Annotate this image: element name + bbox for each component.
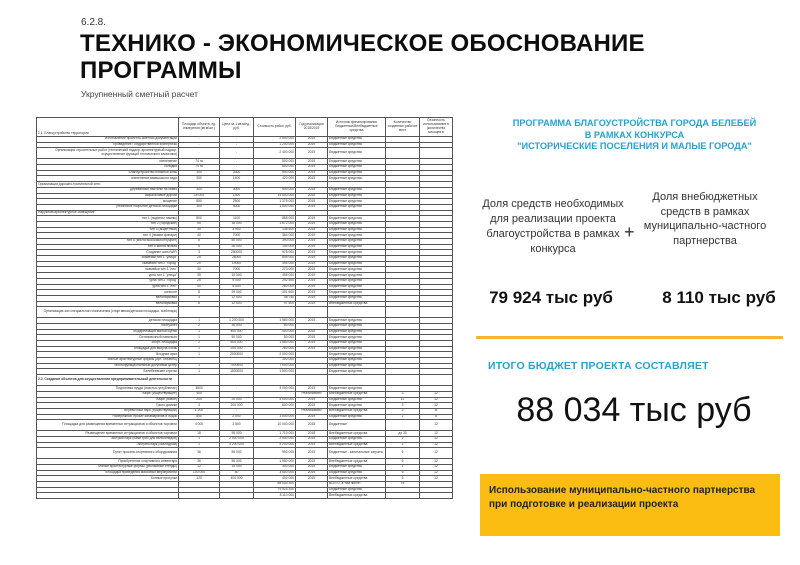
table-cell: Пункт проката спортивного оборудования	[37, 448, 179, 459]
column-header: Количество созданных рабочих мест	[386, 118, 420, 137]
table-cell: -	[179, 148, 220, 159]
table-cell	[220, 375, 254, 386]
table-row: 8 110 000Внебюджетные средства	[37, 493, 453, 499]
table-cell: Бюджетные средства	[328, 148, 386, 159]
table-cell	[220, 493, 254, 499]
program-heading-line: ПРОГРАММА БЛАГОУСТРОЙСТВА ГОРОДА БЕЛЕБЕЙ	[482, 118, 787, 130]
table-cell: Организация строительных работ (техничес…	[37, 148, 179, 159]
table-cell: 2019	[296, 148, 328, 159]
divider	[476, 336, 783, 339]
program-heading: ПРОГРАММА БЛАГОУСТРОЙСТВА ГОРОДА БЕЛЕБЕЙ…	[482, 118, 787, 153]
table-cell	[386, 307, 420, 318]
column-header: Стоимость работ, руб.	[254, 118, 296, 137]
page-title: ТЕХНИКО - ЭКОНОМИЧЕСКОЕ ОБОСНОВАНИЕ ПРОГ…	[80, 30, 700, 84]
plus-icon: +	[624, 222, 635, 243]
extrabudget-amount: 8 110 тыс руб	[648, 288, 790, 308]
column-header: 2.1. Благоустройство территории	[37, 118, 179, 137]
table-cell	[420, 307, 453, 318]
column-header: Цена за 1 кв.м/ед., руб.	[220, 118, 254, 137]
table-cell: 2 400 000	[254, 148, 296, 159]
table-cell	[179, 493, 220, 499]
table-cell: -	[220, 148, 254, 159]
table-cell	[179, 375, 220, 386]
table-body: Изготовление проектно-сметной документац…	[37, 137, 453, 499]
table-cell: 8 110 000	[254, 493, 296, 499]
table-cell	[296, 307, 328, 318]
table-cell	[254, 307, 296, 318]
table-cell	[179, 307, 220, 318]
section-number: 6.2.8.	[81, 17, 106, 28]
estimate-table: 2.1. Благоустройство территорииПлощадь о…	[36, 117, 453, 499]
note-box: Использование муниципально-частного парт…	[480, 474, 780, 536]
table-cell	[386, 375, 420, 386]
budget-amount: 79 924 тыс руб	[472, 288, 630, 308]
column-header: Площадь объекта, ед. измерения (кв.м/шт.…	[179, 118, 220, 137]
table-cell: Бюджетные	[328, 420, 386, 431]
table-row: 2.2. Создание объектов для осуществления…	[37, 375, 453, 386]
budget-share-label: Доля средств необходимых для реализации …	[478, 197, 628, 257]
column-header: Источник финансирования Бюджетные/Внебюд…	[328, 118, 386, 137]
table-cell	[386, 420, 420, 431]
table-cell: 10 000 000	[254, 420, 296, 431]
page-subtitle: Укрупненный сметный расчет	[81, 89, 198, 99]
table-cell: 2019	[296, 448, 328, 459]
table-cell	[254, 375, 296, 386]
table-cell	[37, 493, 179, 499]
program-heading-line: В РАМКАХ КОНКУРСА	[482, 130, 787, 142]
total-heading: ИТОГО БЮДЖЕТ ПРОЕКТА СОСТАВЛЯЕТ	[488, 360, 709, 372]
column-header: Год реализации 2018/2019	[296, 118, 328, 137]
table-cell	[420, 493, 453, 499]
estimate-table-container: 2.1. Благоустройство территорииПлощадь о…	[36, 117, 452, 499]
table-row: Организация строительных работ (техничес…	[37, 148, 453, 159]
table-cell: Бюджетные - капитальные затраты	[328, 448, 386, 459]
table-cell: 36	[179, 448, 220, 459]
table-cell	[220, 307, 254, 318]
table-cell: 4 000	[179, 420, 220, 431]
table-cell: 990 000	[254, 448, 296, 459]
table-cell: 12	[420, 420, 453, 431]
table-cell	[296, 493, 328, 499]
table-row: Пункт проката спортивного оборудования36…	[37, 448, 453, 459]
table-cell	[420, 148, 453, 159]
table-cell: 55 000	[220, 448, 254, 459]
table-cell	[296, 375, 328, 386]
table-row: Организация зон специального назначения …	[37, 307, 453, 318]
note-text: Использование муниципально-частного парт…	[489, 485, 755, 510]
table-row: Площадка для размещения временных аттрак…	[37, 420, 453, 431]
table-cell: Площадка для размещения временных аттрак…	[37, 420, 179, 431]
table-cell: Организация зон специального назначения …	[37, 307, 179, 318]
table-cell: Внебюджетные средства	[328, 493, 386, 499]
column-header: Сезонность использования в (количество м…	[420, 118, 453, 137]
program-heading-line: "ИСТОРИЧЕСКИЕ ПОСЕЛЕНИЯ И МАЛЫЕ ГОРОДА"	[482, 141, 787, 153]
table-cell	[328, 375, 386, 386]
table-cell: 2.2. Создание объектов для осуществления…	[37, 375, 179, 386]
table-cell	[328, 307, 386, 318]
extrabudget-share-label: Доля внебюджетных средств в рамках муниц…	[640, 190, 770, 248]
table-cell: 6	[386, 448, 420, 459]
total-amount: 88 034 тыс руб	[484, 391, 784, 430]
table-cell	[386, 493, 420, 499]
table-cell: 12	[420, 448, 453, 459]
table-header-row: 2.1. Благоустройство территорииПлощадь о…	[37, 118, 453, 137]
table-cell: 2 500	[220, 420, 254, 431]
table-cell	[386, 148, 420, 159]
table-cell: 2018	[296, 420, 328, 431]
table-cell	[420, 375, 453, 386]
